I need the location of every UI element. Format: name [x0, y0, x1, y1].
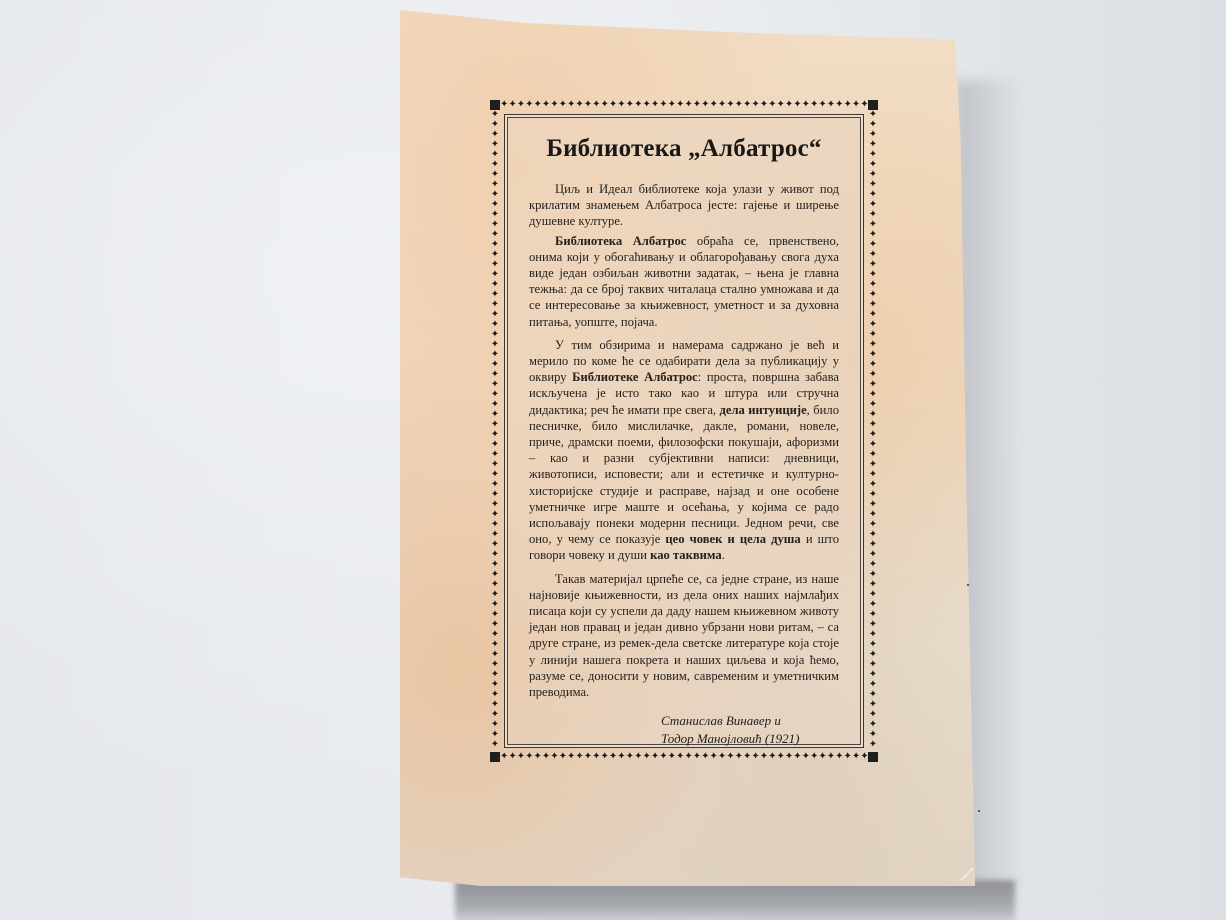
frame-corner-square — [490, 752, 500, 762]
signature-line-1: Станислав Винавер и — [661, 712, 839, 730]
text-run: . — [722, 548, 725, 562]
frame-corner-square — [490, 100, 500, 110]
series-title: Библиотека „Албатрос“ — [529, 135, 839, 163]
text-run: Циљ и Идеал библиотеке која улази у живо… — [529, 182, 839, 228]
paragraph: Циљ и Идеал библиотеке која улази у живо… — [529, 181, 839, 230]
bent-corner — [960, 868, 974, 880]
paper-speck — [978, 810, 980, 812]
bold-phrase: Библиотека Албатрос — [555, 234, 686, 248]
text-run: , било песничке, било мислилачке, дакле,… — [529, 403, 839, 547]
paper-speck — [967, 584, 969, 586]
bold-phrase: цео човек и цела душа — [665, 532, 800, 546]
decorative-frame: ✦✦✦✦✦✦✦✦✦✦✦✦✦✦✦✦✦✦✦✦✦✦✦✦✦✦✦✦✦✦✦✦✦✦✦✦✦✦✦✦… — [490, 100, 878, 762]
frame-border-bottom: ✦✦✦✦✦✦✦✦✦✦✦✦✦✦✦✦✦✦✦✦✦✦✦✦✦✦✦✦✦✦✦✦✦✦✦✦✦✦✦✦… — [500, 752, 868, 762]
paragraph: Библиотека Албатрос обраћа се, првенстве… — [529, 233, 839, 330]
signature-line-2: Тодор Манојловић (1921) — [661, 730, 839, 748]
frame-border-right: ✦✦✦✦✦✦✦✦✦✦✦✦✦✦✦✦✦✦✦✦✦✦✦✦✦✦✦✦✦✦✦✦✦✦✦✦✦✦✦✦… — [868, 110, 878, 752]
bold-phrase: као таквима — [650, 548, 722, 562]
inner-text-frame: Библиотека „Албатрос“ Циљ и Идеал библио… — [504, 114, 864, 748]
paragraph: Такав материјал црпеће се, са једне стра… — [529, 571, 839, 701]
book-shadow-bottom — [455, 880, 1015, 920]
bold-phrase: Библиотеке Албатрос — [572, 370, 698, 384]
frame-corner-square — [868, 100, 878, 110]
frame-border-top: ✦✦✦✦✦✦✦✦✦✦✦✦✦✦✦✦✦✦✦✦✦✦✦✦✦✦✦✦✦✦✦✦✦✦✦✦✦✦✦✦… — [500, 100, 868, 110]
signature: Станислав Винавер и Тодор Манојловић (19… — [529, 712, 839, 748]
cover-text: Библиотека „Албатрос“ Циљ и Идеал библио… — [529, 135, 839, 748]
frame-border-left: ✦✦✦✦✦✦✦✦✦✦✦✦✦✦✦✦✦✦✦✦✦✦✦✦✦✦✦✦✦✦✦✦✦✦✦✦✦✦✦✦… — [490, 110, 500, 752]
frame-corner-square — [868, 752, 878, 762]
paragraph: У тим обзирима и намерама садржано је ве… — [529, 337, 839, 564]
text-run: Такав материјал црпеће се, са једне стра… — [529, 572, 839, 699]
bold-phrase: дела интуиције — [720, 403, 807, 417]
